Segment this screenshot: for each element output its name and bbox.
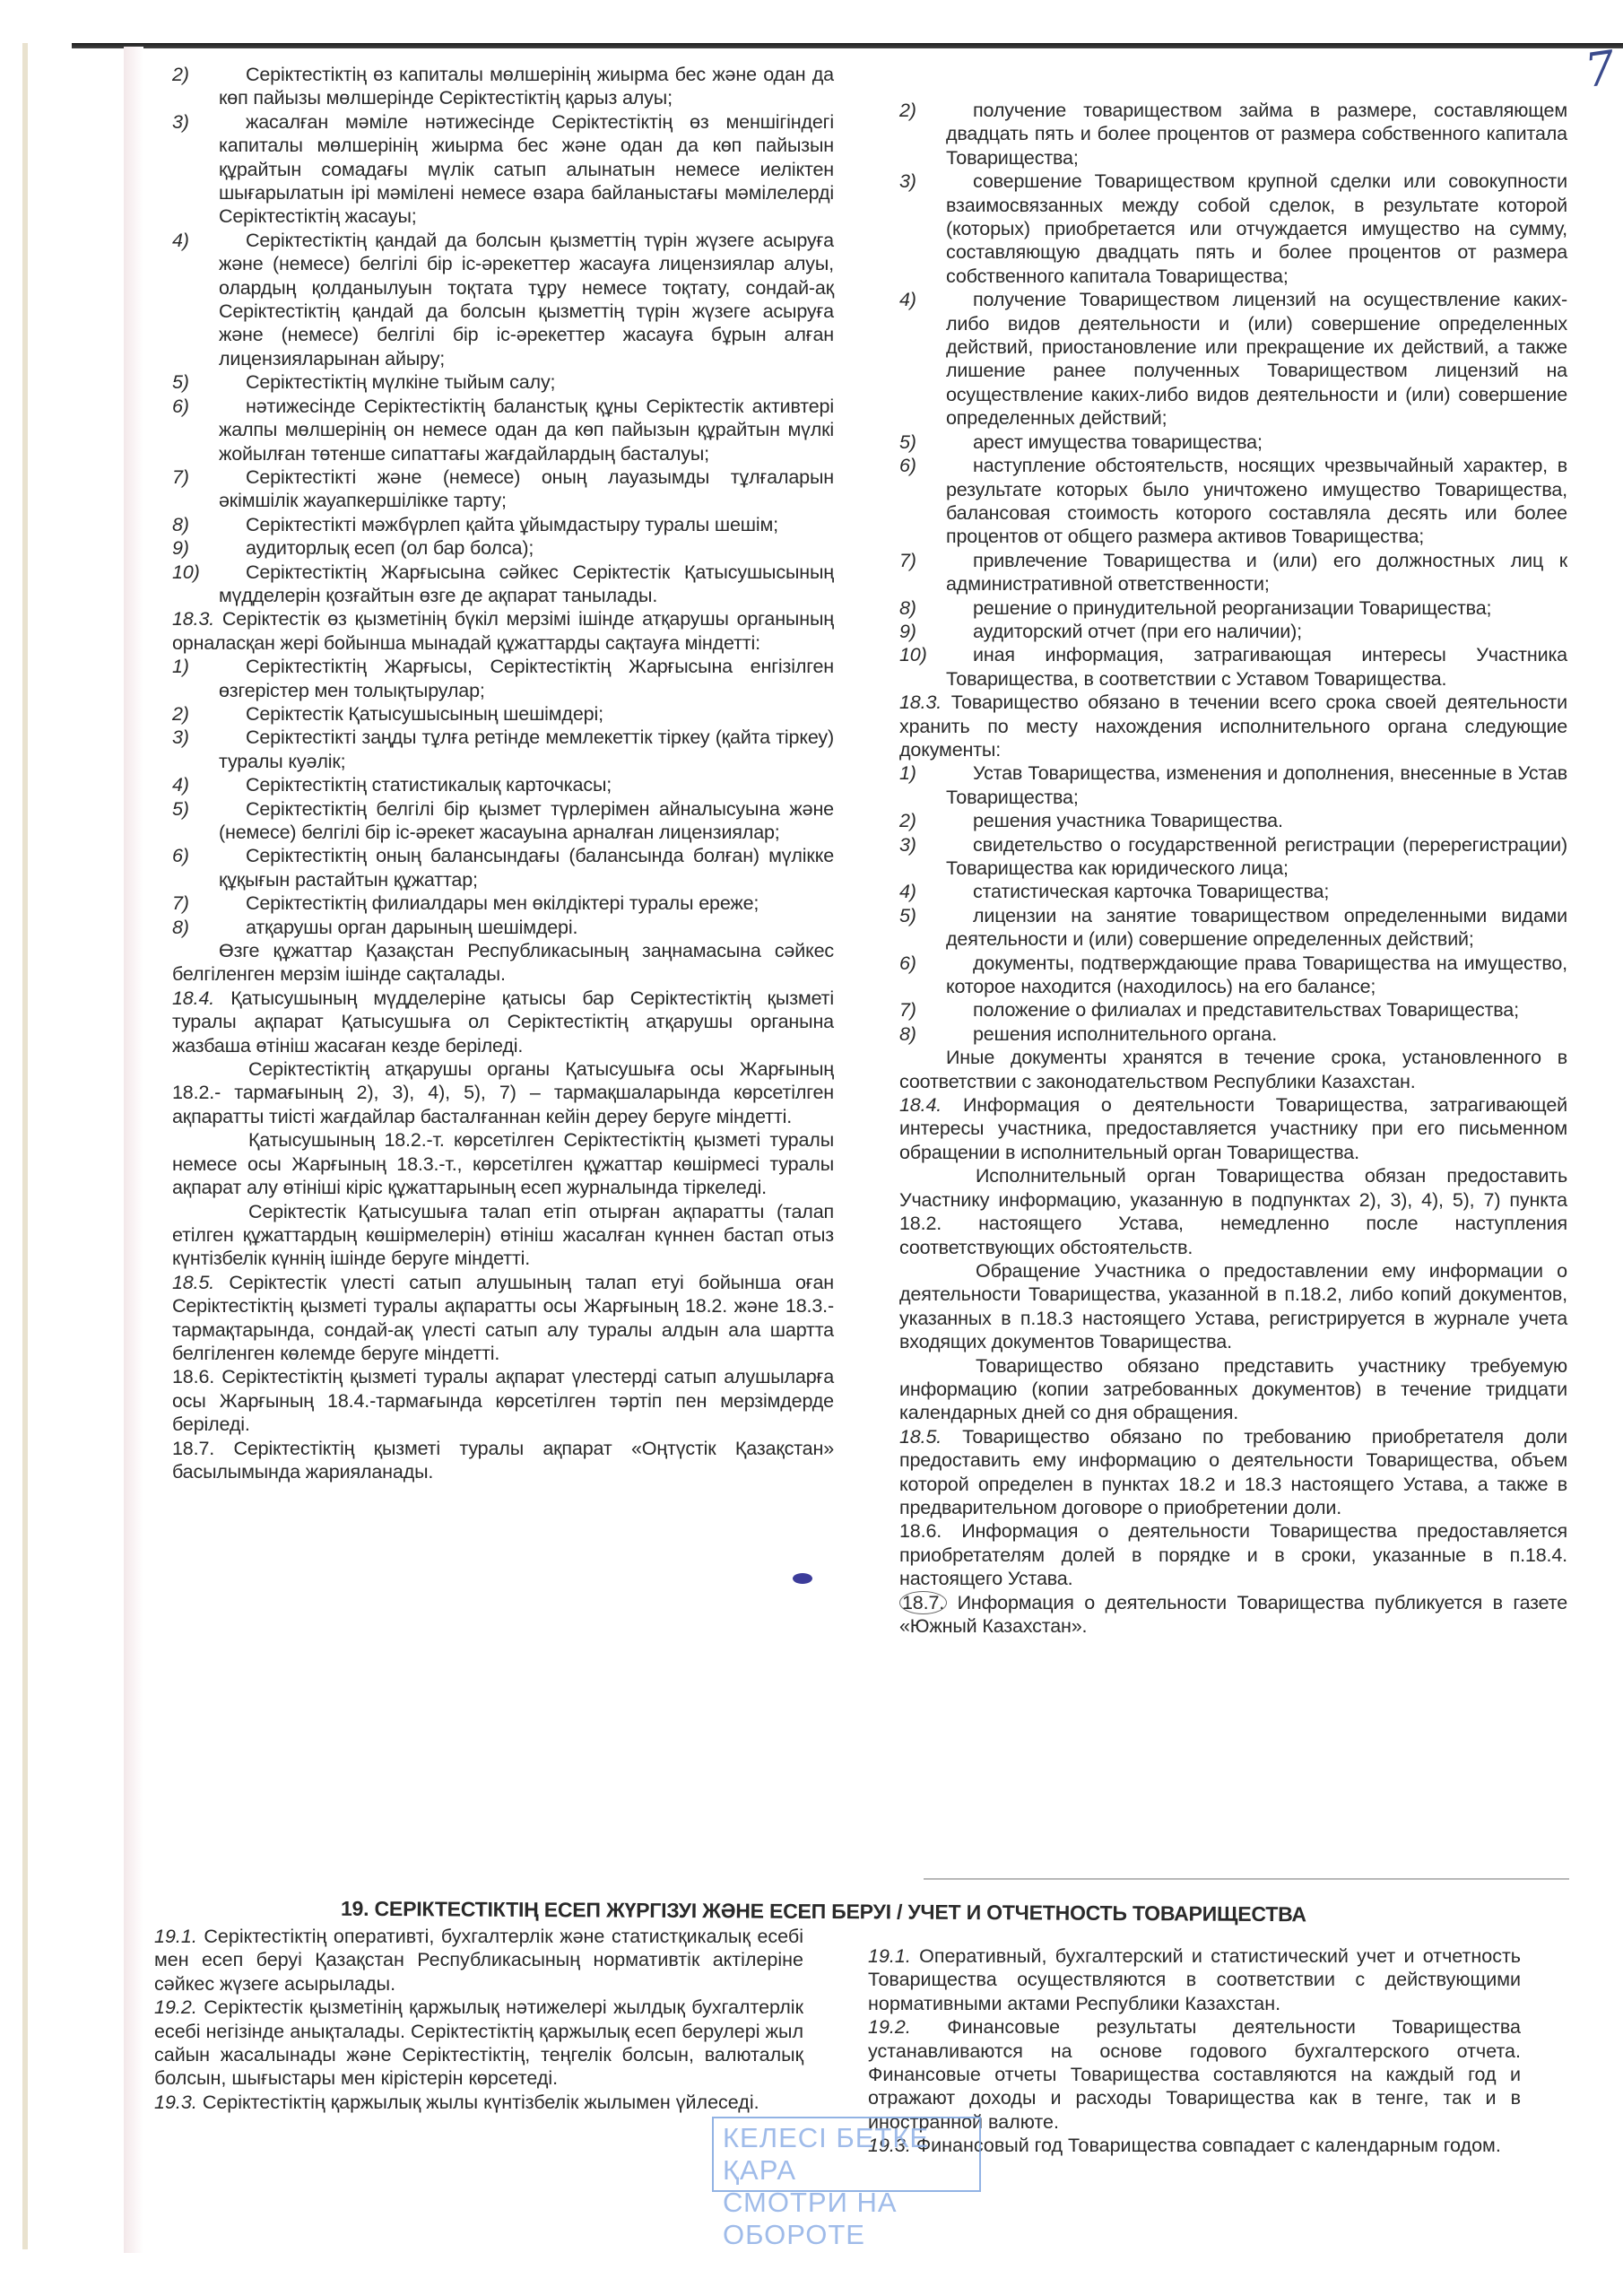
list-item-text: Серіктестіктің мүлкіне тыйым салу; <box>219 370 834 394</box>
list-item-text: нәтижесінде Серіктестіктің баланстық құн… <box>219 395 834 465</box>
list-item-text: Серіктестіктің статистикалық карточкасы; <box>219 773 834 796</box>
circled-section-number: 18.7. <box>899 1591 947 1614</box>
list-item-text: жасалған мәміле нәтижесінде Серіктестікт… <box>219 110 834 229</box>
scan-top-edge <box>72 43 1623 48</box>
list-item: 7)Серіктестіктің филиалдары мен өкілдікт… <box>172 891 834 915</box>
list-item-number: 5) <box>172 370 219 394</box>
list-item-text: аудиторский отчет (при его наличии); <box>946 620 1567 643</box>
list-item-text: решения исполнительного органа. <box>946 1022 1567 1046</box>
kazakh-provide-paragraph: Серіктестік Қатысушыға талап етіп отырға… <box>172 1200 834 1271</box>
list-item-text: решение о принудительной реорганизации Т… <box>946 596 1567 620</box>
list-item-number: 2) <box>172 63 219 110</box>
list-item-number: 10) <box>899 643 946 691</box>
russian-provide-paragraph: Товарищество обязано представить участни… <box>899 1354 1567 1425</box>
list-item-text: Серіктестік Қатысушысының шешімдері; <box>219 702 834 726</box>
russian-section-18-5: 18.5. Товарищество обязано по требованию… <box>899 1425 1567 1520</box>
list-item: 7)Серіктестікті және (немесе) оның лауаз… <box>172 465 834 513</box>
section-19-title: 19. СЕРІКТЕСТІКТІҢ ЕСЕП ЖҮРГІЗУІ ЖӘНЕ ЕС… <box>341 1897 1306 1927</box>
list-item-number: 8) <box>899 596 946 620</box>
list-item-number: 1) <box>172 655 219 702</box>
list-item-text: иная информация, затрагивающая интересы … <box>946 643 1567 691</box>
list-item-text: аудиторлық есеп (ол бар болса); <box>219 536 834 560</box>
list-item: 3)свидетельство о государственной регист… <box>899 833 1567 881</box>
paragraph-text: Финансовый год Товарищества совпадает с … <box>916 2135 1501 2156</box>
list-item: 8)атқарушы орган дарының шешімдері. <box>172 916 834 939</box>
list-item-number: 9) <box>172 536 219 560</box>
list-item: 6)нәтижесінде Серіктестіктің баланстық қ… <box>172 395 834 465</box>
list-item-text: получение Товариществом лицензий на осущ… <box>946 288 1567 430</box>
list-item: 2)решения участника Товарищества. <box>899 809 1567 832</box>
list-item: 5)лицензии на занятие товариществом опре… <box>899 904 1567 952</box>
kazakh-section-18-4: 18.4. Қатысушының мүдделеріне қатысы бар… <box>172 987 834 1057</box>
list-item-text: Серіктестіктің қандай да болсын қызметті… <box>219 229 834 370</box>
kazakh-section-18-5: 18.5. Серіктестік үлесті сатып алушының … <box>172 1271 834 1366</box>
stamp-line-kazakh: КЕЛЕСІ БЕТКЕ ҚАРА <box>723 2122 970 2187</box>
list-item-number: 6) <box>172 395 219 465</box>
list-item: 4)Серіктестіктің қандай да болсын қызмет… <box>172 229 834 370</box>
list-item: 2)получение товариществом займа в размер… <box>899 99 1567 170</box>
list-item: 3)совершение Товариществом крупной сделк… <box>899 170 1567 288</box>
list-item: 1)Серіктестіктің Жарғысы, Серіктестіктің… <box>172 655 834 702</box>
paragraph-number: 19.2. <box>154 1996 197 2018</box>
kazakh-section-18-7: 18.7. Серіктестіктің қызметі туралы ақпа… <box>172 1437 834 1484</box>
list-item-number: 3) <box>899 833 946 881</box>
list-item-number: 7) <box>899 998 946 1022</box>
kazakh-exec-body-paragraph: Серіктестіктің атқарушы органы Қатысушығ… <box>172 1057 834 1128</box>
list-item-text: наступление обстоятельств, носящих чрезв… <box>946 454 1567 549</box>
russian-column: 2)получение товариществом займа в размер… <box>899 99 1567 1638</box>
section-19-paragraph: 19.2. Серіктестік қызметінің қаржылық нә… <box>154 1996 803 2091</box>
list-item: 1)Устав Товарищества, изменения и дополн… <box>899 761 1567 809</box>
paragraph-text: Серіктестіктің оперативті, бухгалтерлік … <box>154 1926 803 1995</box>
kazakh-section-18-3: 18.3. Серіктестік өз қызметінің бүкіл ме… <box>172 607 834 655</box>
russian-section-18-7: 18.7. Информация о деятельности Товарище… <box>899 1591 1567 1639</box>
section-19-paragraph: 19.1. Оперативный, бухгалтерский и стати… <box>868 1944 1521 2015</box>
section-19-paragraph: 19.1. Серіктестіктің оперативті, бухгалт… <box>154 1925 803 1996</box>
list-item-text: Серіктестіктің өз капиталы мөлшерінің жи… <box>219 63 834 110</box>
pencil-underline <box>924 1878 1569 1880</box>
list-item-text: получение товариществом займа в размере,… <box>946 99 1567 170</box>
russian-list-18-2: 2)получение товариществом займа в размер… <box>899 99 1567 691</box>
list-item-number: 4) <box>172 773 219 796</box>
list-item-text: Серіктестіктің белгілі бір қызмет түрлер… <box>219 797 834 845</box>
paragraph-number: 19.1. <box>868 1945 911 1967</box>
list-item-number: 8) <box>899 1022 946 1046</box>
list-item: 6)документы, подтверждающие права Товари… <box>899 952 1567 999</box>
list-item-text: документы, подтверждающие права Товарище… <box>946 952 1567 999</box>
russian-request-paragraph: Обращение Участника о предоставлении ему… <box>899 1259 1567 1354</box>
list-item-text: положение о филиалах и представительства… <box>946 998 1567 1022</box>
list-item-number: 6) <box>899 454 946 549</box>
handwritten-page-number: 7 <box>1582 41 1619 99</box>
russian-section-18-3: 18.3. Товарищество обязано в течении все… <box>899 691 1567 761</box>
list-item-number: 5) <box>172 797 219 845</box>
list-item-text: Серіктестікті және (немесе) оның лауазым… <box>219 465 834 513</box>
list-item-text: статистическая карточка Товарищества; <box>946 880 1567 903</box>
list-item-number: 3) <box>899 170 946 288</box>
list-item: 4)статистическая карточка Товарищества; <box>899 880 1567 903</box>
list-item: 5)арест имущества товарищества; <box>899 430 1567 454</box>
list-item: 3)жасалған мәміле нәтижесінде Серіктесті… <box>172 110 834 229</box>
ink-blot <box>793 1573 812 1584</box>
section-19-kazakh: 19.1. Серіктестіктің оперативті, бухгалт… <box>154 1925 803 2114</box>
paragraph-number: 19.2. <box>868 2016 911 2038</box>
russian-other-docs: Иные документы хранятся в течение срока,… <box>899 1046 1567 1093</box>
list-item-text: атқарушы орган дарының шешімдері. <box>219 916 834 939</box>
kazakh-section-18-6: 18.6. Серіктестіктің қызметі туралы ақпа… <box>172 1365 834 1436</box>
list-item-text: Серіктестікті заңды тұлға ретінде мемлек… <box>219 726 834 773</box>
list-item-text: лицензии на занятие товариществом опреде… <box>946 904 1567 952</box>
list-item: 6)Серіктестіктің оның балансындағы (бала… <box>172 844 834 891</box>
list-item-text: решения участника Товарищества. <box>946 809 1567 832</box>
paragraph-text: Финансовые результаты деятельности Товар… <box>868 2016 1521 2133</box>
russian-section-18-4: 18.4. Информация о деятельности Товарище… <box>899 1093 1567 1164</box>
list-item-number: 7) <box>899 549 946 596</box>
paragraph-number: 19.1. <box>154 1926 197 1947</box>
list-item-number: 1) <box>899 761 946 809</box>
list-item: 3)Серіктестікті заңды тұлға ретінде мемл… <box>172 726 834 773</box>
list-item: 10)иная информация, затрагивающая интере… <box>899 643 1567 691</box>
list-item: 10)Серіктестіктің Жарғысына сәйкес Серік… <box>172 561 834 608</box>
kazakh-column: 2)Серіктестіктің өз капиталы мөлшерінің … <box>172 63 834 1483</box>
list-item-text: Устав Товарищества, изменения и дополнен… <box>946 761 1567 809</box>
list-item-text: привлечение Товарищества и (или) его дол… <box>946 549 1567 596</box>
list-item-text: Серіктестіктің Жарғысына сәйкес Серіктес… <box>219 561 834 608</box>
list-item-number: 6) <box>172 844 219 891</box>
russian-exec-body-paragraph: Исполнительный орган Товарищества обязан… <box>899 1164 1567 1259</box>
list-item-number: 2) <box>172 702 219 726</box>
list-item: 5)Серіктестіктің мүлкіне тыйым салу; <box>172 370 834 394</box>
list-item: 8)решения исполнительного органа. <box>899 1022 1567 1046</box>
list-item: 7)положение о филиалах и представительст… <box>899 998 1567 1022</box>
binding-gutter <box>124 47 143 2253</box>
list-item: 5)Серіктестіктің белгілі бір қызмет түрл… <box>172 797 834 845</box>
list-item-number: 9) <box>899 620 946 643</box>
list-item-text: совершение Товариществом крупной сделки … <box>946 170 1567 288</box>
list-item-text: Серіктестіктің филиалдары мен өкілдіктер… <box>219 891 834 915</box>
kazakh-other-docs: Өзге құжаттар Қазақстан Республикасының … <box>172 939 834 987</box>
list-item-text: Серіктестіктің оның балансындағы (баланс… <box>219 844 834 891</box>
paragraph-text: Оперативный, бухгалтерский и статистичес… <box>868 1945 1521 2014</box>
list-item-number: 7) <box>172 891 219 915</box>
section-19-paragraph: 19.3. Серіктестіктің қаржылық жылы күнті… <box>154 2091 803 2114</box>
list-item-text: Серіктестіктің Жарғысы, Серіктестіктің Ж… <box>219 655 834 702</box>
list-item: 2)Серіктестіктің өз капиталы мөлшерінің … <box>172 63 834 110</box>
russian-list-18-3: 1)Устав Товарищества, изменения и дополн… <box>899 761 1567 1046</box>
list-item-number: 3) <box>172 110 219 229</box>
list-item-number: 3) <box>172 726 219 773</box>
paragraph-text: Серіктестік қызметінің қаржылық нәтижеле… <box>154 1996 803 2089</box>
list-item-number: 8) <box>172 513 219 536</box>
stamp-see-reverse: КЕЛЕСІ БЕТКЕ ҚАРА СМОТРИ НА ОБОРОТЕ <box>712 2117 981 2192</box>
stamp-line-russian: СМОТРИ НА ОБОРОТЕ <box>723 2187 970 2251</box>
list-item: 8)Серіктестікті мәжбүрлеп қайта ұйымдаст… <box>172 513 834 536</box>
list-item-number: 4) <box>899 880 946 903</box>
kazakh-list-18-3: 1)Серіктестіктің Жарғысы, Серіктестіктің… <box>172 655 834 939</box>
paragraph-text: Серіктестіктің қаржылық жылы күнтізбелік… <box>203 2092 759 2113</box>
list-item-number: 10) <box>172 561 219 608</box>
russian-section-18-6: 18.6. Информация о деятельности Товарище… <box>899 1519 1567 1590</box>
paragraph-number: 19.3. <box>154 2092 197 2113</box>
list-item-number: 2) <box>899 99 946 170</box>
list-item: 8)решение о принудительной реорганизации… <box>899 596 1567 620</box>
list-item: 6)наступление обстоятельств, носящих чре… <box>899 454 1567 549</box>
list-item-text: арест имущества товарищества; <box>946 430 1567 454</box>
list-item-number: 4) <box>899 288 946 430</box>
list-item-number: 5) <box>899 430 946 454</box>
kazakh-list-18-2: 2)Серіктестіктің өз капиталы мөлшерінің … <box>172 63 834 607</box>
list-item: 9)аудиторлық есеп (ол бар болса); <box>172 536 834 560</box>
list-item: 9)аудиторский отчет (при его наличии); <box>899 620 1567 643</box>
list-item-text: свидетельство о государственной регистра… <box>946 833 1567 881</box>
list-item-number: 5) <box>899 904 946 952</box>
list-item-text: Серіктестікті мәжбүрлеп қайта ұйымдастыр… <box>219 513 834 536</box>
scan-left-edge <box>22 43 28 2249</box>
list-item-number: 6) <box>899 952 946 999</box>
list-item: 4)Серіктестіктің статистикалық карточкас… <box>172 773 834 796</box>
list-item-number: 7) <box>172 465 219 513</box>
list-item: 7)привлечение Товарищества и (или) его д… <box>899 549 1567 596</box>
list-item: 4)получение Товариществом лицензий на ос… <box>899 288 1567 430</box>
list-item-number: 2) <box>899 809 946 832</box>
list-item-number: 4) <box>172 229 219 370</box>
list-item-number: 8) <box>172 916 219 939</box>
kazakh-request-paragraph: Қатысушының 18.2.-т. көрсетілген Серікте… <box>172 1128 834 1199</box>
list-item: 2)Серіктестік Қатысушысының шешімдері; <box>172 702 834 726</box>
